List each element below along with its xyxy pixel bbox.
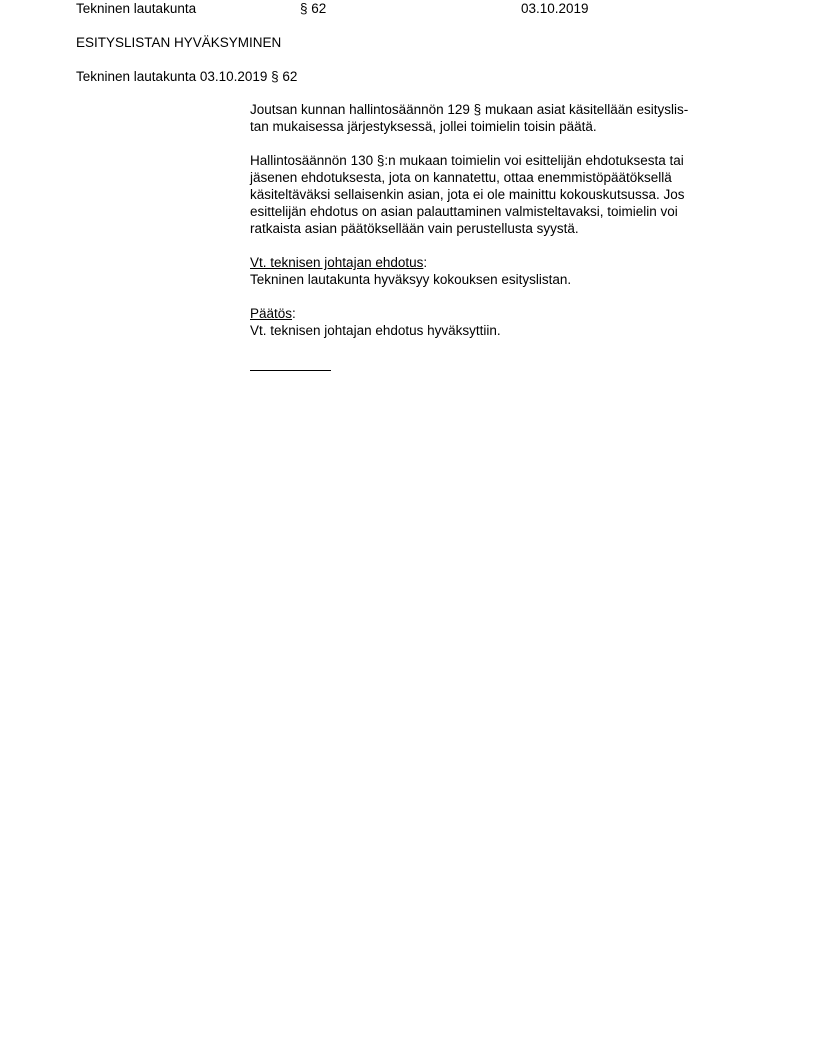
proposal-section: Vt. teknisen johtajan ehdotus: Tekninen …: [250, 254, 735, 288]
header-section: § 62: [300, 0, 326, 17]
document-title: ESITYSLISTAN HYVÄKSYMINEN: [76, 34, 281, 51]
meeting-reference: Tekninen lautakunta 03.10.2019 § 62: [76, 68, 297, 85]
decision-text: Vt. teknisen johtajan ehdotus hyväksytti…: [250, 322, 735, 339]
proposal-label: Vt. teknisen johtajan ehdotus: [250, 255, 423, 270]
header-committee: Tekninen lautakunta: [76, 0, 196, 17]
proposal-colon: :: [423, 255, 427, 270]
paragraph-rule-130: Hallintosäännön 130 §:n mukaan toimielin…: [250, 152, 735, 237]
header-date: 03.10.2019: [521, 0, 589, 17]
section-separator-line: [250, 370, 331, 371]
decision-section: Päätös: Vt. teknisen johtajan ehdotus hy…: [250, 305, 735, 339]
document-body: Joutsan kunnan hallintosäännön 129 § muk…: [250, 101, 735, 339]
paragraph-rule-129: Joutsan kunnan hallintosäännön 129 § muk…: [250, 101, 735, 135]
proposal-text: Tekninen lautakunta hyväksyy kokouksen e…: [250, 271, 735, 288]
decision-label: Päätös: [250, 306, 292, 321]
decision-colon: :: [292, 306, 296, 321]
